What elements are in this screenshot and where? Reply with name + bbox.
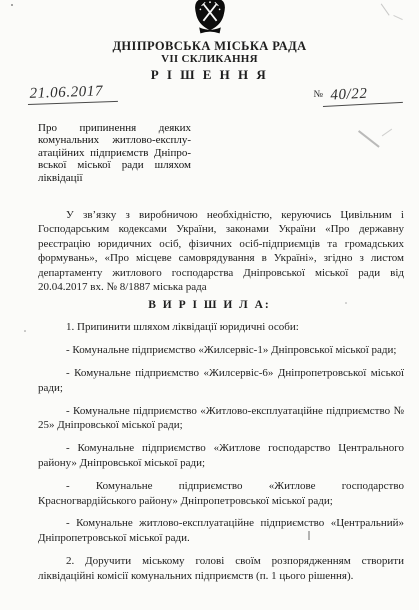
resolution-paragraph: 2. Доручити міському голові своїм розпор… <box>38 554 404 584</box>
scan-artifact <box>345 302 347 304</box>
document-page: ДНІПРОВСЬКА МІСЬКА РАДА VII СКЛИКАННЯ Р … <box>0 0 419 610</box>
resolution-paragraph: - Комунальне підприємство «Жилсервіс-6» … <box>38 366 404 396</box>
scan-artifact <box>358 130 379 147</box>
convocation-line: VII СКЛИКАННЯ <box>0 53 419 65</box>
resolution-paragraph: - Комунальне житлово-експлуатаційне підп… <box>38 516 404 546</box>
scan-artifact <box>380 4 389 16</box>
scan-artifact <box>382 129 393 137</box>
subject-line: комунальних житлово-експлу- <box>38 134 191 146</box>
resolution-paragraph: - Комунальне підприємство «Житлове госпо… <box>38 479 404 509</box>
scan-artifact <box>11 4 13 6</box>
preamble-paragraph: У зв’язку з виробничою необхідністю, кер… <box>38 208 404 294</box>
subject-line: атаційних підприємств Дніпро- <box>38 147 191 159</box>
subject-line: Про припинення деяких <box>38 122 191 134</box>
date-handwritten: 21.06.2017 <box>27 83 117 105</box>
resolution-paragraph: 1. Припинити шляхом ліквідації юридичні … <box>38 320 404 335</box>
scan-artifact <box>24 330 26 332</box>
document-type-title: Р І Ш Е Н Н Я <box>0 67 419 82</box>
number-handwritten: 40/22 <box>322 84 403 107</box>
document-number: №40/22 <box>313 87 403 107</box>
subject-line: вської міської ради шляхом <box>38 159 191 171</box>
subject-paragraph: Про припинення деяких комунальних житлов… <box>38 122 191 184</box>
resolution-paragraph: - Комунальне підприємство «Житлово-експл… <box>38 404 404 434</box>
scan-artifact <box>308 531 310 540</box>
resolution-list: 1. Припинити шляхом ліквідації юридичні … <box>0 320 419 583</box>
resolved-heading: В И Р І Ш И Л А: <box>0 298 419 312</box>
date-number-row: 21.06.2017 №40/22 <box>0 86 419 110</box>
subject-line: ліквідації <box>38 172 191 184</box>
org-name: ДНІПРОВСЬКА МІСЬКА РАДА <box>0 40 419 53</box>
city-coat-of-arms-emblem <box>192 0 228 36</box>
scan-artifact <box>393 15 403 20</box>
resolution-paragraph: - Комунальне підприємство «Жилсервіс-1» … <box>38 343 404 358</box>
resolution-paragraph: - Комунальне підприємство «Житлове госпо… <box>38 441 404 471</box>
